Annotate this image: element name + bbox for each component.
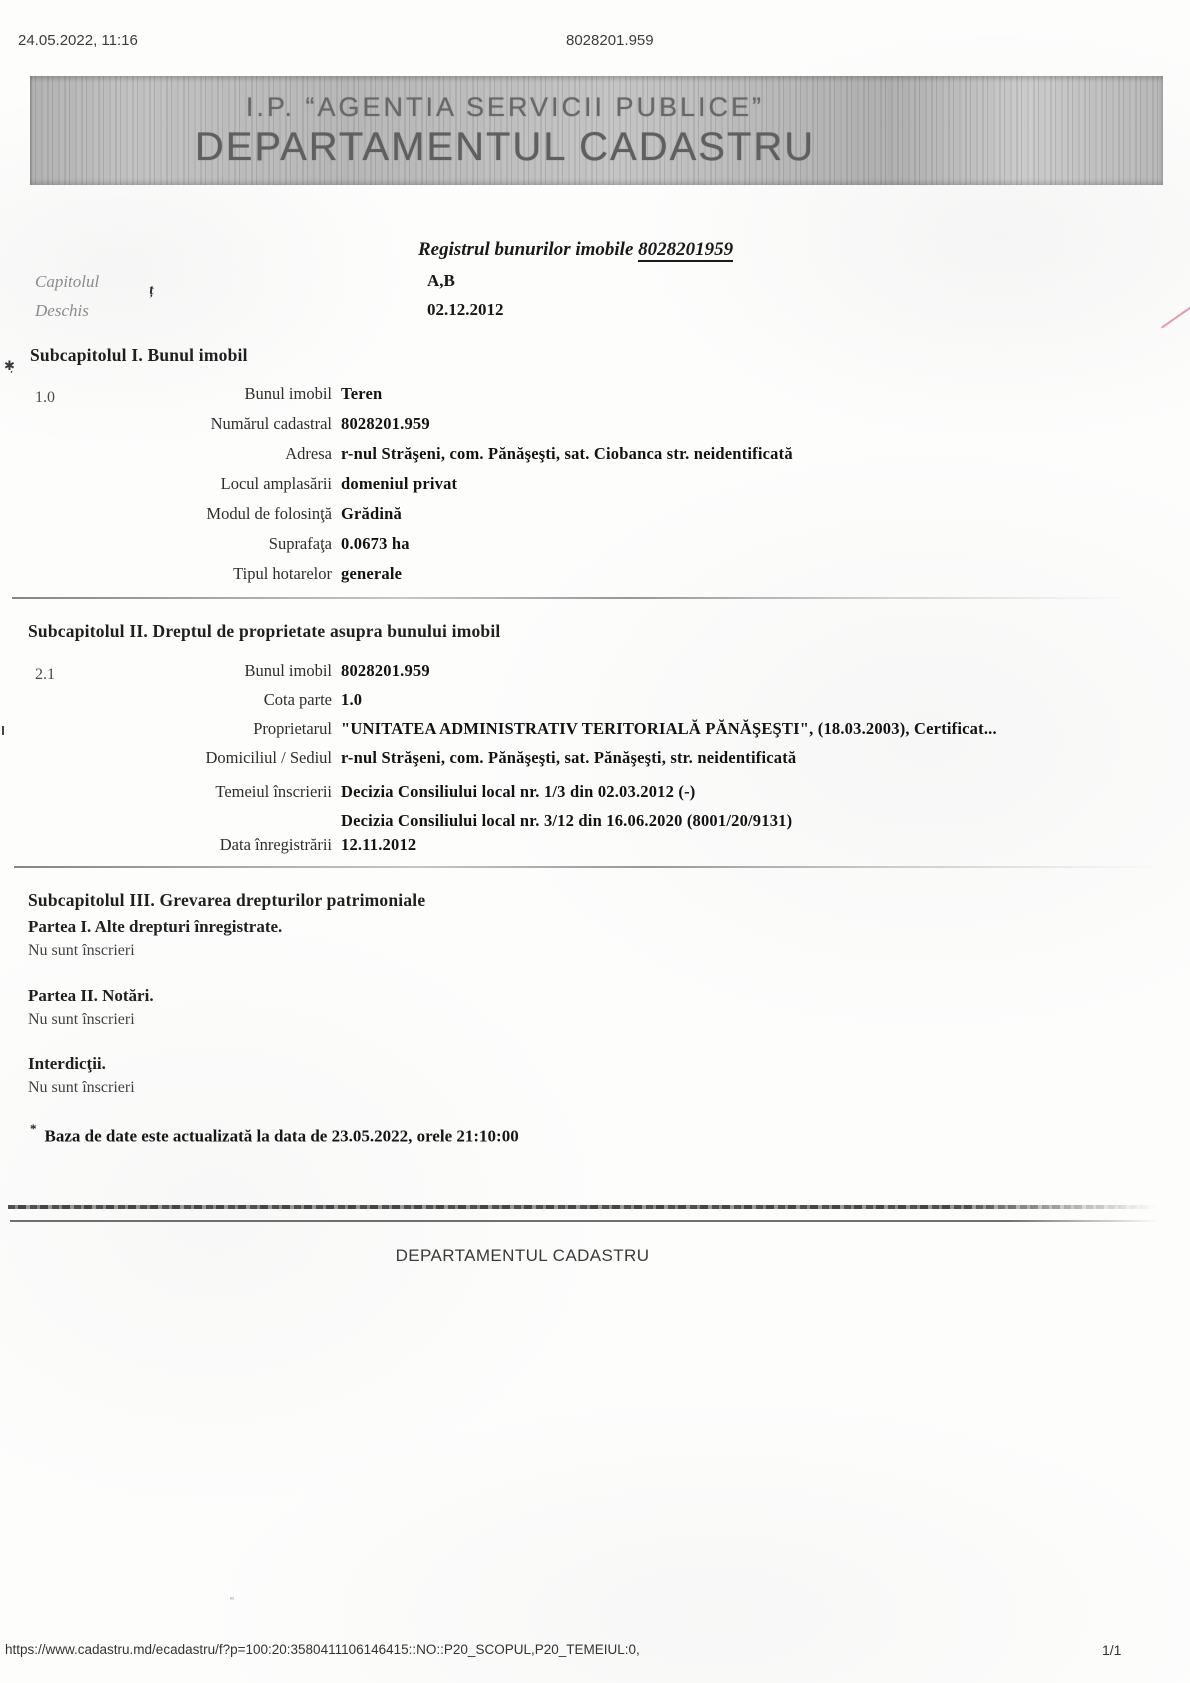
field-row-modul-de-folosinta: Modul de folosinţă Grădină <box>0 504 1160 534</box>
field-label: Numărul cadastral <box>0 414 341 434</box>
part-1-note: Nu sunt înscrieri <box>28 942 135 960</box>
field-value-line-1: Decizia Consiliului local nr. 1/3 din 02… <box>341 777 1160 806</box>
field-row-tipul-hotarelor: Tipul hotarelor generale <box>0 564 1160 594</box>
field-label: Domiciliul / Sediul <box>0 748 341 768</box>
section-2-fields: Bunul imobil 8028201.959 Cota parte 1.0 … <box>0 661 1160 864</box>
meta-label-capitolul: Capitolul <box>35 272 99 292</box>
double-rule-thin <box>10 1220 1170 1222</box>
separator-line-1 <box>12 597 1132 599</box>
registry-number: 8028201959 <box>638 239 733 262</box>
agency-banner: I.P. “AGENTIA SERVICII PUBLICE” DEPARTAM… <box>30 76 1163 185</box>
field-value: r-nul Străşeni, com. Pănăşeşti, sat. Cio… <box>341 444 1160 464</box>
field-label: Modul de folosinţă <box>0 504 341 524</box>
asterisk-mark: * <box>30 1121 37 1136</box>
department-name: DEPARTAMENTUL CADASTRU <box>195 125 815 170</box>
field-value: Teren <box>341 384 1160 404</box>
meta-label-deschis: Deschis <box>35 301 89 321</box>
section-1-fields: Bunul imobil Teren Numărul cadastral 802… <box>0 384 1160 594</box>
print-datetime: 24.05.2022, 11:16 <box>18 32 138 49</box>
field-label: Data înregistrării <box>0 835 341 855</box>
field-value: Grădină <box>341 504 1160 524</box>
field-row-data-inregistrarii: Data înregistrării 12.11.2012 <box>0 835 1160 864</box>
subchapter-2-heading: Subcapitolul II. Dreptul de proprietate … <box>28 621 501 642</box>
double-rule-thick <box>8 1205 1168 1209</box>
field-value: 0.0673 ha <box>341 534 1160 554</box>
scan-speck-artifact: ᵉˢ <box>230 1594 234 1604</box>
field-row-domiciliul-sediul: Domiciliul / Sediul r-nul Străşeni, com.… <box>0 748 1160 777</box>
agency-banner-text: I.P. “AGENTIA SERVICII PUBLICE” DEPARTAM… <box>30 76 980 185</box>
field-value: 8028201.959 <box>341 414 1160 434</box>
field-row-temeiul-inscrierii: Temeiul înscrierii Decizia Consiliului l… <box>0 777 1160 835</box>
field-value: domeniul privat <box>341 474 1160 494</box>
document-number-header: 8028201.959 <box>566 32 654 49</box>
field-label: Suprafaţa <box>0 534 341 554</box>
field-value: Decizia Consiliului local nr. 1/3 din 02… <box>341 777 1160 835</box>
field-value: 12.11.2012 <box>341 835 1160 855</box>
field-label: Locul amplasării <box>0 474 341 494</box>
field-label: Temeiul înscrierii <box>0 782 341 802</box>
registry-title-prefix: Registrul bunurilor imobile <box>418 239 633 260</box>
field-value: generale <box>341 564 1160 584</box>
footer-url: https://www.cadastru.md/ecadastru/f?p=10… <box>5 1642 640 1657</box>
meta-value-capitolul: A,B <box>427 271 455 291</box>
separator-line-2 <box>14 866 1164 868</box>
meta-value-deschis: 02.12.2012 <box>427 300 504 320</box>
pink-pen-artifact <box>1161 305 1190 328</box>
interdictions-title: Interdicţii. <box>28 1054 106 1074</box>
field-value-line-2: Decizia Consiliului local nr. 3/12 din 1… <box>341 806 1160 835</box>
interdictions-note: Nu sunt înscrieri <box>28 1079 135 1097</box>
field-row-suprafata: Suprafaţa 0.0673 ha <box>0 534 1160 564</box>
field-value: 1.0 <box>341 690 1160 710</box>
field-value: 8028201.959 <box>341 661 1160 681</box>
database-update-text: Baza de date este actualizată la data de… <box>45 1127 519 1146</box>
field-row-bunul-imobil: Bunul imobil 8028201.959 <box>0 661 1160 690</box>
scan-squiggle-artifact: ț <box>148 283 155 299</box>
page-indicator: 1/1 <box>1102 1642 1121 1658</box>
field-row-adresa: Adresa r-nul Străşeni, com. Pănăşeşti, s… <box>0 444 1160 474</box>
subchapter-1-heading: Subcapitolul I. Bunul imobil <box>30 345 248 366</box>
field-label: Adresa <box>0 444 341 464</box>
field-label: Proprietarul <box>0 719 341 739</box>
part-2-title: Partea II. Notări. <box>28 986 154 1006</box>
signature-department: DEPARTAMENTUL CADASTRU <box>0 1246 1045 1266</box>
agency-name: I.P. “AGENTIA SERVICII PUBLICE” <box>246 92 764 123</box>
field-value: r-nul Străşeni, com. Pănăşeşti, sat. Păn… <box>341 748 1160 768</box>
field-row-cota-parte: Cota parte 1.0 <box>0 690 1160 719</box>
registry-title: Registrul bunurilor imobile 8028201959 <box>418 239 733 261</box>
field-row-numarul-cadastral: Numărul cadastral 8028201.959 <box>0 414 1160 444</box>
field-label: Bunul imobil <box>0 661 341 681</box>
database-update-note: *Baza de date este actualizată la data d… <box>30 1123 519 1147</box>
part-2-note: Nu sunt înscrieri <box>28 1011 135 1029</box>
field-label: Tipul hotarelor <box>0 564 341 584</box>
scanned-document-page: 24.05.2022, 11:16 8028201.959 I.P. “AGEN… <box>0 0 1190 1683</box>
scan-star-artifact: ✱̦ <box>4 358 13 374</box>
field-label: Cota parte <box>0 690 341 710</box>
part-1-title: Partea I. Alte drepturi înregistrate. <box>28 917 282 937</box>
field-row-proprietarul: Proprietarul "UNITATEA ADMINISTRATIV TER… <box>0 719 1160 748</box>
subchapter-3-heading: Subcapitolul III. Grevarea drepturilor p… <box>28 890 425 911</box>
field-row-bunul-imobil: Bunul imobil Teren <box>0 384 1160 414</box>
field-label: Bunul imobil <box>0 384 341 404</box>
field-value: "UNITATEA ADMINISTRATIV TERITORIALĂ PĂNĂ… <box>341 719 1160 739</box>
field-row-locul-amplasarii: Locul amplasării domeniul privat <box>0 474 1160 504</box>
